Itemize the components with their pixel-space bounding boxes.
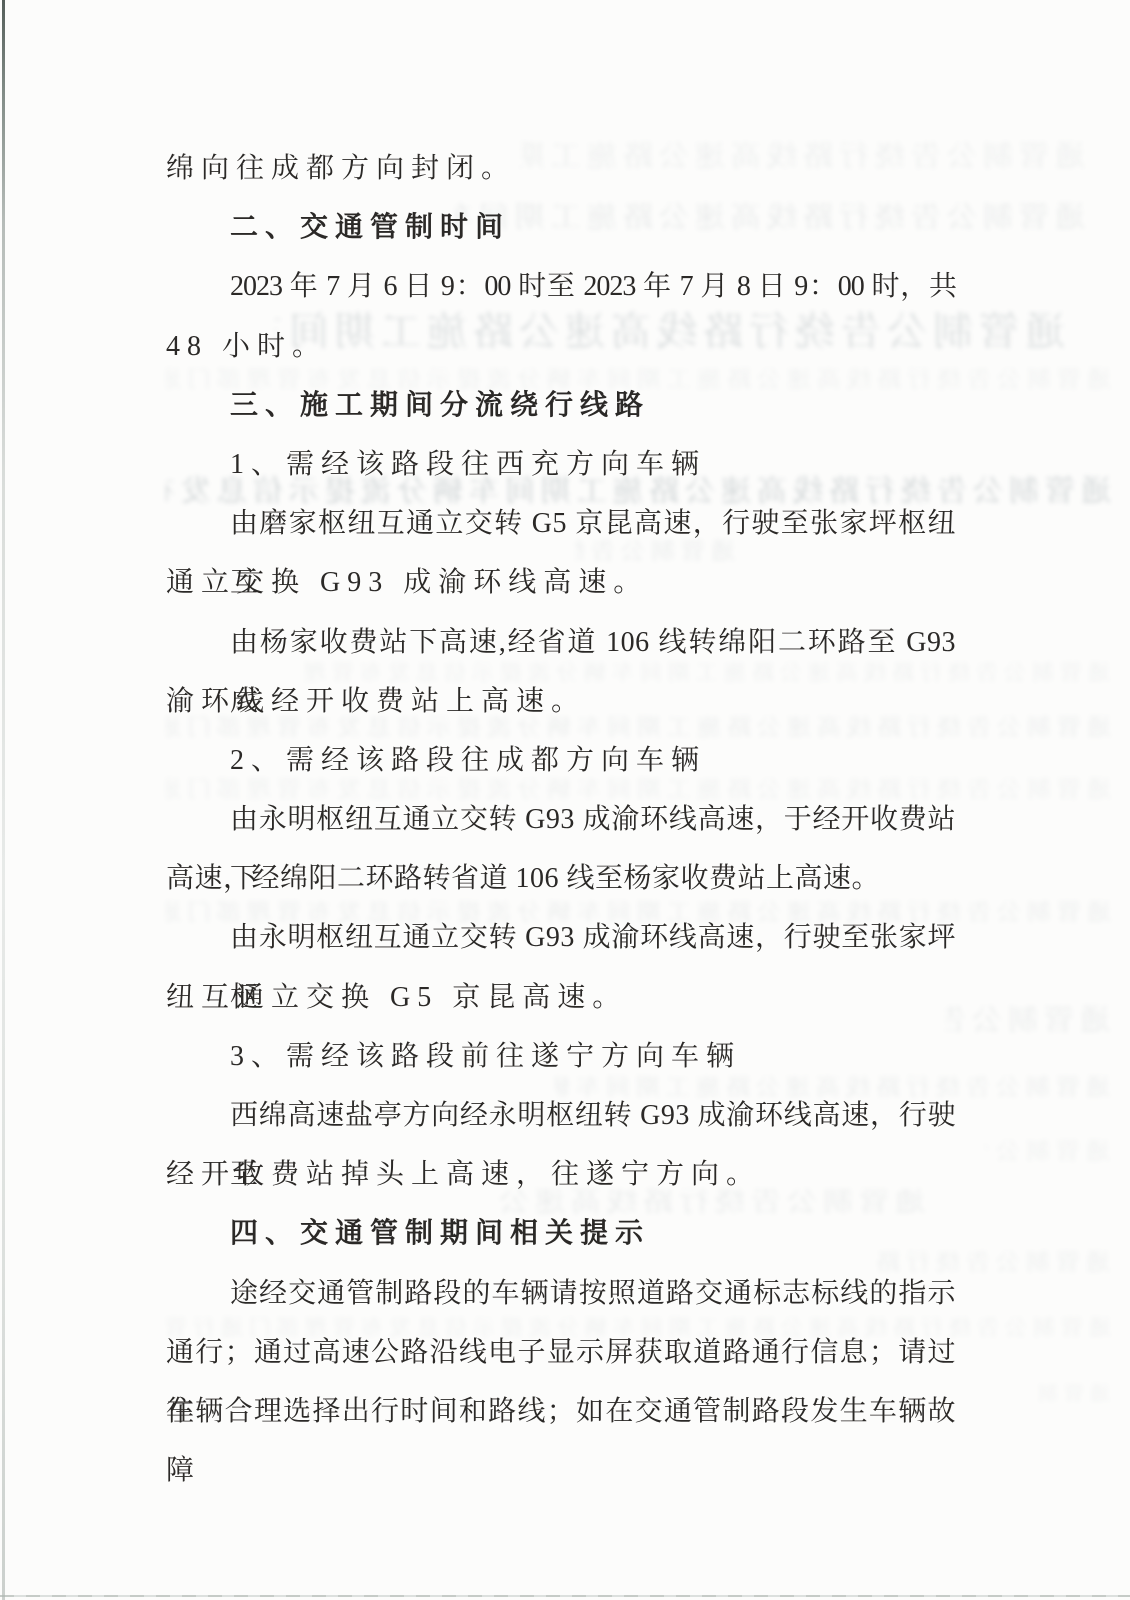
list-item-line: 3、需经该路段前往遂宁方向车辆 bbox=[166, 1027, 956, 1086]
bleedthrough-artifact: 通管制公告绕行路线高速公路施工期间车辆分流提示信息发布管理部门通行管制公告绕行路… bbox=[985, 1140, 1110, 1164]
list-item-line: 2、需经该路段往成都方向车辆 bbox=[166, 731, 956, 790]
text-line: 绵向往成都方向封闭。 bbox=[166, 139, 956, 198]
text-line: 高速，经绵阳二环路转省道 106 线至杨家收费站上高速。 bbox=[166, 849, 956, 908]
text-line: 纽互通立交换 G5 京昆高速。 bbox=[166, 968, 956, 1027]
scanned-document-page: 通管制公告绕行路线高速公路施工期间车辆分流提示信息发布管理部门通行管制公告绕行路… bbox=[0, 0, 1130, 1600]
text-line: 由磨家枢纽互通立交转 G5 京昆高速，行驶至张家坪枢纽互 bbox=[166, 494, 956, 553]
text-line: 渝环线经开收费站上高速。 bbox=[166, 672, 956, 731]
text-line: 西绵高速盐亭方向经永明枢纽转 G93 成渝环线高速，行驶至 bbox=[166, 1086, 956, 1145]
text-line: 由永明枢纽互通立交转 G93 成渝环线高速，于经开收费站下 bbox=[166, 790, 956, 849]
text-line: 由永明枢纽互通立交转 G93 成渝环线高速，行驶至张家坪枢 bbox=[166, 908, 956, 967]
section-heading: 三、施工期间分流绕行线路 bbox=[166, 376, 956, 435]
document-body: 绵向往成都方向封闭。 二、交通管制时间 2023 年 7 月 6 日 9：00 … bbox=[166, 139, 956, 1441]
section-heading: 四、交通管制期间相关提示 bbox=[166, 1204, 956, 1263]
text-line: 通行；通过高速公路沿线电子显示屏获取道路通行信息；请过往 bbox=[166, 1323, 956, 1382]
text-line: 车辆合理选择出行时间和路线；如在交通管制路段发生车辆故障 bbox=[166, 1382, 956, 1441]
scan-edge-bottom bbox=[0, 1595, 1130, 1597]
bleedthrough-artifact: 通管制公告绕行路线高速公路施工期间车辆分流提示信息发布管理部门通行管制公告绕行路… bbox=[945, 1006, 1110, 1036]
section-heading: 二、交通管制时间 bbox=[166, 198, 956, 257]
text-line: 通立交换 G93 成渝环线高速。 bbox=[166, 553, 956, 612]
text-line: 48 小时。 bbox=[166, 317, 956, 376]
bleedthrough-artifact: 通管制公告绕行路线高速公路施工期间车辆分流提示信息发布管理部门通行管制公告绕行路… bbox=[1035, 1384, 1110, 1404]
text-line: 途经交通管制路段的车辆请按照道路交通标志标线的指示 bbox=[166, 1264, 956, 1323]
list-item-line: 1、需经该路段往西充方向车辆 bbox=[166, 435, 956, 494]
text-line: 2023 年 7 月 6 日 9：00 时至 2023 年 7 月 8 日 9：… bbox=[166, 257, 956, 316]
text-line: 经开收费站掉头上高速，往遂宁方向。 bbox=[166, 1145, 956, 1204]
scan-edge-left bbox=[2, 0, 5, 1600]
text-line: 由杨家收费站下高速,经省道 106 线转绵阳二环路至 G93 成 bbox=[166, 613, 956, 672]
